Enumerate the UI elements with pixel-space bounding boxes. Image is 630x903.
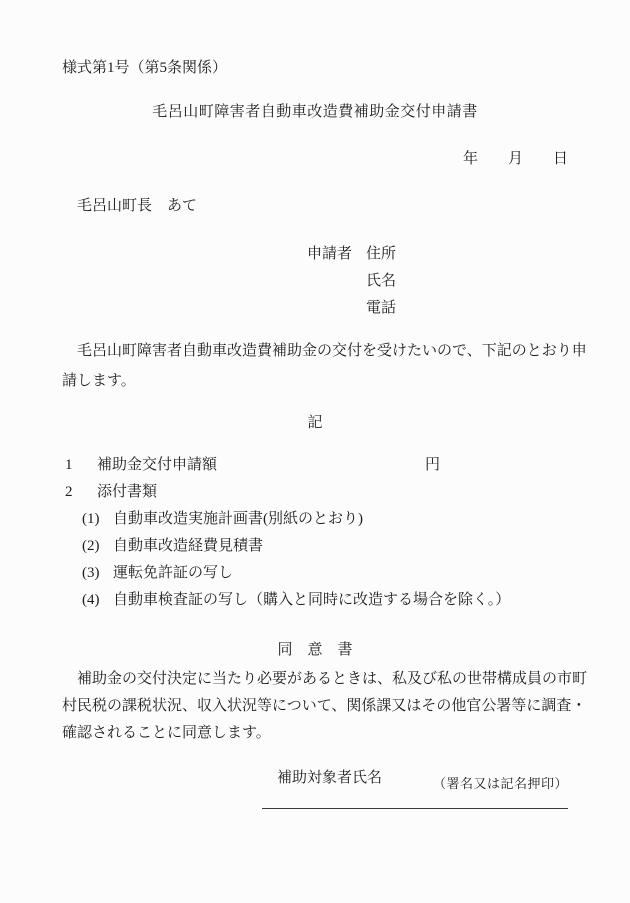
signature-label: 補助対象者氏名 (277, 770, 382, 786)
document-page: 様式第1号（第5条関係） 毛呂山町障害者自動車改造費補助金交付申請書 年 月 日… (0, 0, 630, 903)
consent-line: 補助金の交付決定に当たり必要があるときは、私及び私の世帯構成員の市町 (62, 666, 570, 693)
item-number: 1 (65, 456, 97, 475)
attachment-item: (1) 自動車改造実施計画書(別紙のとおり) (82, 510, 363, 529)
statement-line: 毛呂山町障害者自動車改造費補助金の交付を受けたいので、下記のとおり申 (62, 336, 570, 366)
signature-note: （署名又は記名押印） (433, 776, 568, 792)
applicant-field-phone: 電話 (366, 299, 396, 318)
attachment-number: (2) (82, 537, 113, 556)
statement-line: 請します。 (62, 366, 570, 396)
date-line: 年 月 日 (463, 150, 568, 169)
consent-line: 村民税の課税状況、収入状況等について、関係課又はその他官公署等に調査・ (62, 693, 570, 720)
section-marker: 記 (0, 414, 630, 433)
attachment-item: (4) 自動車検査証の写し（購入と同時に改造する場合を除く。） (82, 591, 510, 610)
attachment-text: 自動車改造実施計画書(別紙のとおり) (113, 510, 363, 529)
consent-title: 同 意 書 (0, 641, 630, 660)
consent-line: 確認されることに同意します。 (62, 720, 570, 747)
attachment-text: 自動車検査証の写し（購入と同時に改造する場合を除く。） (113, 591, 510, 610)
item-number: 2 (65, 483, 97, 502)
applicant-field-address: 住所 (366, 245, 396, 264)
attachment-item: (2) 自動車改造経費見積書 (82, 537, 263, 556)
item-attachments: 2 添付書類 (65, 483, 157, 502)
item-attachments-label: 添付書類 (97, 483, 157, 502)
applicant-field-name: 氏名 (366, 272, 396, 291)
item-amount-label: 補助金交付申請額 (97, 456, 217, 475)
applicant-label: 申請者 (307, 245, 352, 264)
attachment-number: (4) (82, 591, 113, 610)
item-amount: 1 補助金交付申請額 (65, 456, 217, 475)
attachment-text: 運転免許証の写し (113, 564, 233, 583)
amount-unit: 円 (425, 456, 440, 475)
consent-statement: 補助金の交付決定に当たり必要があるときは、私及び私の世帯構成員の市町 村民税の課… (62, 666, 570, 747)
application-statement: 毛呂山町障害者自動車改造費補助金の交付を受けたいので、下記のとおり申 請します。 (62, 336, 570, 396)
addressee: 毛呂山町長 あて (77, 197, 197, 216)
attachment-number: (3) (82, 564, 113, 583)
attachment-number: (1) (82, 510, 113, 529)
attachment-item: (3) 運転免許証の写し (82, 564, 233, 583)
document-title: 毛呂山町障害者自動車改造費補助金交付申請書 (0, 103, 630, 122)
attachment-text: 自動車改造経費見積書 (113, 537, 263, 556)
form-number: 様式第1号（第5条関係） (62, 59, 227, 78)
